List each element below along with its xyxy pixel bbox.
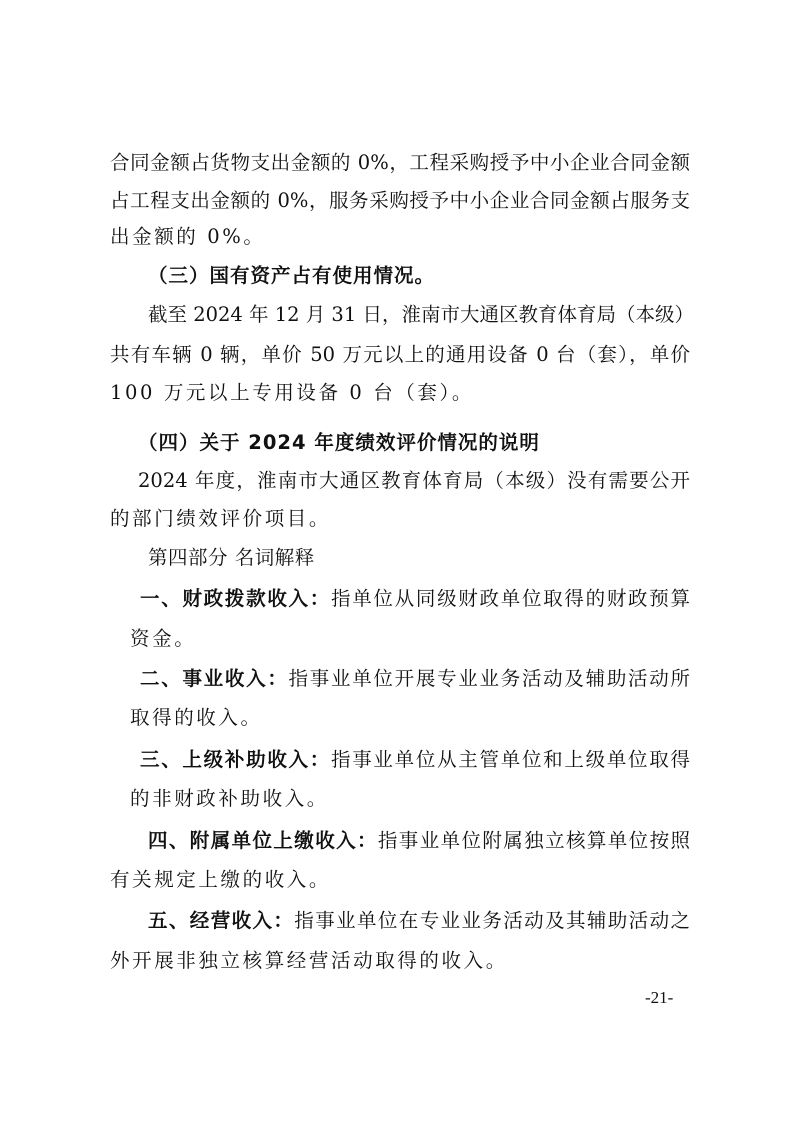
term-4-label: 四、附属单位上缴收入： (148, 829, 378, 852)
term-3-line-1: 三、上级补助收入：指事业单位从主管单位和上级单位取得 (140, 747, 690, 773)
term-5-label: 五、经营收入： (148, 909, 294, 932)
term-1-line-1: 一、财政拨款收入：指单位从同级财政单位取得的财政预算 (140, 586, 690, 612)
term-5-definition: 指事业单位在专业业务活动及其辅助活动之 (294, 909, 690, 932)
term-4-line-2: 有关规定上缴的收入。 (110, 867, 690, 893)
part-4-title: 第四部分 名词解释 (148, 545, 728, 571)
term-4-line-1: 四、附属单位上缴收入：指事业单位附属独立核算单位按照 (148, 828, 690, 854)
procurement-line-1: 合同金额占货物支出金额的 0%，工程采购授予中小企业合同金额 (110, 150, 690, 176)
page-number: -21- (645, 988, 673, 1008)
section-3-heading: （三）国有资产占有使用情况。 (148, 263, 728, 289)
section-3-line-3: 100 万元以上专用设备 0 台（套）。 (110, 380, 690, 406)
term-3-line-2: 的非财政补助收入。 (130, 786, 710, 812)
term-2-line-2: 取得的收入。 (130, 705, 710, 731)
term-1-label: 一、财政拨款收入： (140, 587, 331, 610)
term-5-line-2: 外开展非独立核算经营活动取得的收入。 (110, 948, 690, 974)
term-2-label: 二、事业收入： (140, 667, 289, 690)
section-4-heading: （四）关于 2024 年度绩效评价情况的说明 (138, 430, 718, 456)
term-1-definition: 指单位从同级财政单位取得的财政预算 (331, 587, 690, 610)
term-1-line-2: 资金。 (130, 626, 710, 652)
term-2-definition: 指事业单位开展专业业务活动及辅助活动所 (289, 667, 690, 690)
term-3-label: 三、上级补助收入： (140, 748, 331, 771)
procurement-line-2: 占工程支出金额的 0%，服务采购授予中小企业合同金额占服务支 (110, 188, 690, 214)
procurement-line-3: 出金额的 0%。 (110, 224, 690, 250)
section-3-line-2: 共有车辆 0 辆，单价 50 万元以上的通用设备 0 台（套），单价 (110, 342, 690, 368)
section-4-line-2: 的部门绩效评价项目。 (110, 506, 690, 532)
section-4-line-1: 2024 年度，淮南市大通区教育体育局（本级）没有需要公开 (138, 468, 690, 494)
term-4-definition: 指事业单位附属独立核算单位按照 (378, 829, 690, 852)
term-5-line-1: 五、经营收入：指事业单位在专业业务活动及其辅助活动之 (148, 908, 690, 934)
section-3-line-1: 截至 2024 年 12 月 31 日，淮南市大通区教育体育局（本级） (148, 302, 690, 328)
term-3-definition: 指事业单位从主管单位和上级单位取得 (331, 748, 690, 771)
term-2-line-1: 二、事业收入：指事业单位开展专业业务活动及辅助活动所 (140, 666, 690, 692)
